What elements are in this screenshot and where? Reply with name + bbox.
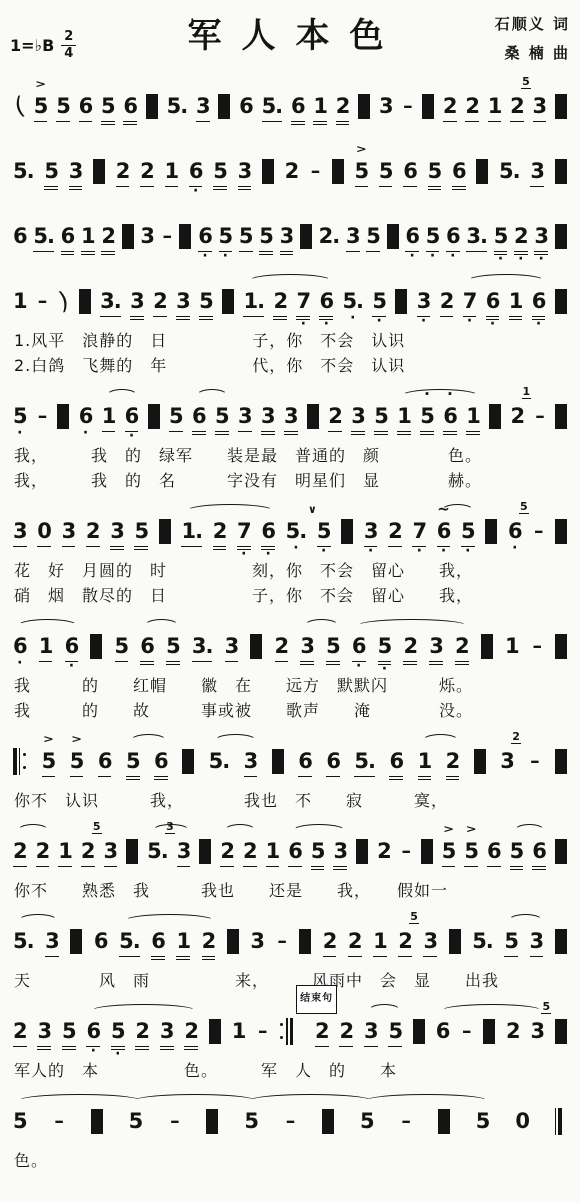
note: 2 bbox=[140, 143, 154, 197]
note: 3 bbox=[13, 503, 27, 557]
duration-dash: – bbox=[528, 733, 540, 787]
octave-dot-below: · bbox=[536, 322, 541, 327]
octave-dot-below: · bbox=[350, 316, 355, 321]
note: 35. bbox=[147, 823, 168, 877]
note: 5· bbox=[13, 388, 27, 442]
octave-dot-below: · bbox=[241, 552, 246, 557]
note: 3 bbox=[261, 388, 275, 442]
notes-row: (>556565.365.6123–221523 bbox=[6, 76, 574, 132]
grace-note: 5 bbox=[409, 910, 419, 924]
notes-row: 6·16·5653.32356·5·2321– bbox=[6, 616, 574, 672]
barline bbox=[555, 388, 567, 442]
note: 2 bbox=[506, 1003, 520, 1057]
note: >5 bbox=[464, 823, 478, 877]
octave-dot-below: · bbox=[356, 664, 361, 669]
note: 6· bbox=[13, 618, 27, 672]
note: 2 bbox=[220, 823, 234, 877]
note: 5 bbox=[360, 1093, 374, 1147]
note: 52 bbox=[510, 78, 524, 132]
music-system-12: 5–5–5–5–50色。 bbox=[6, 1091, 574, 1172]
lyric-line: 我， 我 的 名 字没有 明星们 显 赫。 bbox=[6, 467, 574, 492]
note: 56· bbox=[508, 503, 522, 557]
note: 5· bbox=[219, 208, 233, 262]
duration-dash: – bbox=[36, 273, 48, 327]
note: 5· bbox=[111, 1003, 125, 1057]
note: 3 bbox=[300, 618, 314, 672]
note: 52 bbox=[398, 913, 412, 967]
accent-mark: > bbox=[71, 734, 82, 746]
note: 5. bbox=[354, 733, 375, 787]
note: 5 bbox=[476, 1093, 490, 1147]
music-system-1: (>556565.365.6123–221523 bbox=[6, 76, 574, 132]
lyric-line: 我 的 红帽 徽 在 远方 默默闪 烁。 bbox=[6, 672, 574, 697]
note: 3 bbox=[37, 1003, 51, 1057]
duration-dash: – bbox=[276, 913, 288, 967]
barline bbox=[222, 273, 234, 327]
music-system-2: 5.532216·532–>556565.3 bbox=[6, 141, 574, 197]
note: 6 bbox=[98, 733, 112, 787]
octave-dot-below: · bbox=[321, 549, 326, 554]
grace-note: 5 bbox=[92, 820, 102, 834]
lyric-line: 天 风 雨 来， 风雨中 会 显 出我 bbox=[6, 967, 574, 992]
note: 3 bbox=[429, 618, 443, 672]
note: 2 bbox=[116, 143, 130, 197]
duration-dash: – bbox=[53, 1093, 65, 1147]
note: 6· bbox=[319, 273, 333, 327]
note: 6 bbox=[61, 208, 75, 262]
duration-dash: – bbox=[161, 208, 173, 262]
duration-dash: – bbox=[534, 388, 546, 442]
barline bbox=[262, 143, 274, 197]
note: 6· bbox=[198, 208, 212, 262]
octave-dot-below: · bbox=[265, 552, 270, 557]
barline bbox=[146, 78, 158, 132]
note: 3 bbox=[379, 78, 393, 132]
note: 5 bbox=[326, 618, 340, 672]
barline bbox=[395, 273, 407, 327]
repeat-end-barline bbox=[279, 1003, 293, 1057]
note: >5 bbox=[34, 78, 48, 132]
music-system-8: >5>56565.3665.61223–你不 认识 我， 我也 不 寂 寞， bbox=[6, 731, 574, 812]
note: 2 bbox=[455, 618, 469, 672]
sheet-music: 1=♭B 2 4 军人本色 石顺义 词 桑 楠 曲 (>556565.365.6… bbox=[0, 0, 580, 1172]
music-system-7: 6·16·5653.32356·5·2321–我 的 红帽 徽 在 远方 默默闪… bbox=[6, 616, 574, 722]
barline bbox=[489, 388, 501, 442]
note: 3 bbox=[177, 823, 191, 877]
octave-dot-below: · bbox=[512, 546, 517, 551]
octave-dot-below: · bbox=[17, 661, 22, 666]
note: 1 bbox=[466, 388, 480, 442]
note: 6· bbox=[446, 208, 460, 262]
duration-dash: – bbox=[531, 618, 543, 672]
note: 3 bbox=[244, 733, 258, 787]
accent-mark: > bbox=[356, 144, 367, 156]
duration-dash: – bbox=[36, 388, 48, 442]
barline bbox=[70, 913, 82, 967]
lyric-line: 1.风平 浪静的 日 子，你 不会 认识 bbox=[6, 327, 574, 352]
barline bbox=[358, 78, 370, 132]
note: 6· bbox=[189, 143, 203, 197]
duration-dash: – bbox=[256, 1003, 268, 1057]
note: 2 bbox=[243, 823, 257, 877]
note: 3 bbox=[530, 913, 544, 967]
note: 3 bbox=[238, 143, 252, 197]
barline bbox=[199, 823, 211, 877]
note: >5 bbox=[42, 733, 56, 787]
octave-dot-below: · bbox=[115, 1052, 120, 1057]
octave-dot-below: · bbox=[368, 549, 373, 554]
octave-dot-below: · bbox=[417, 549, 422, 554]
barline bbox=[90, 618, 102, 672]
note: 5 bbox=[239, 208, 253, 262]
barline bbox=[555, 823, 567, 877]
note: 5 bbox=[215, 388, 229, 442]
note: 2 bbox=[315, 1003, 329, 1057]
barline bbox=[250, 618, 262, 672]
note: 5· bbox=[378, 618, 392, 672]
final-barline bbox=[555, 1093, 567, 1147]
notes-row: 3032351.27·6·5.·∨5·3·27·~6·5·56·– bbox=[6, 501, 574, 557]
barline bbox=[413, 1003, 425, 1057]
music-system-5: 5·–6·16·5653332351·5·6112–我， 我 的 绿军 装是最 … bbox=[6, 386, 574, 492]
note: 2 bbox=[36, 823, 50, 877]
octave-dot-above: · bbox=[424, 389, 430, 399]
lyric-line: 我 的 故 事或被 歌声 淹 没。 bbox=[6, 697, 574, 722]
note: 2 bbox=[403, 618, 417, 672]
note: 5. bbox=[499, 143, 520, 197]
mordent-mark: ~ bbox=[437, 500, 450, 518]
note: 3 bbox=[45, 913, 59, 967]
note: 3 bbox=[533, 78, 547, 132]
accent-mark: > bbox=[43, 734, 54, 746]
lyric-line: 2.白鸽 飞舞的 年 代，你 不会 认识 bbox=[6, 352, 574, 377]
lyricist-credit: 石顺义 词 bbox=[495, 10, 570, 39]
note: 5. bbox=[119, 913, 140, 967]
note: 3. bbox=[100, 273, 121, 327]
note: 5 bbox=[129, 1093, 143, 1147]
note: 1 bbox=[418, 733, 432, 787]
octave-dot-below: · bbox=[83, 431, 88, 436]
note: 6 bbox=[79, 78, 93, 132]
note: 2 bbox=[348, 913, 362, 967]
octave-dot-below: · bbox=[223, 254, 228, 259]
barline bbox=[438, 1093, 450, 1147]
notes-row: 2356·5·2321–结束句22356–253 bbox=[6, 1001, 574, 1057]
barline bbox=[227, 913, 239, 967]
note: 5 bbox=[374, 388, 388, 442]
note: 3 bbox=[250, 913, 264, 967]
key-signature: 1=♭B bbox=[10, 36, 54, 55]
lyric-line: 色。 bbox=[6, 1147, 574, 1172]
note: 5 bbox=[366, 208, 380, 262]
notes-row: 22152335.32216532–>5>5656 bbox=[6, 821, 574, 877]
duration-dash: – bbox=[460, 1003, 472, 1057]
note: 5 bbox=[388, 1003, 402, 1057]
note: 5 bbox=[101, 78, 115, 132]
note: 5 bbox=[166, 618, 180, 672]
phrase-close-paren: ) bbox=[57, 273, 69, 327]
note: 2 bbox=[135, 1003, 149, 1057]
note: 6 bbox=[140, 618, 154, 672]
note: 2 bbox=[13, 1003, 27, 1057]
note: 1 bbox=[81, 208, 95, 262]
phrase-open-paren: ( bbox=[13, 78, 25, 132]
note: 52 bbox=[81, 823, 95, 877]
note: ·5 bbox=[420, 388, 434, 442]
note: 5.· bbox=[286, 503, 307, 557]
accent-mark: > bbox=[443, 824, 454, 836]
grace-note: 5 bbox=[521, 75, 531, 89]
note: 1 bbox=[102, 388, 116, 442]
header: 1=♭B 2 4 军人本色 石顺义 词 桑 楠 曲 bbox=[2, 4, 578, 67]
notes-row: 5–5–5–5–50 bbox=[6, 1091, 574, 1147]
note: 2. bbox=[319, 208, 340, 262]
barline bbox=[322, 1093, 334, 1147]
note: 3 bbox=[225, 618, 239, 672]
note: 3 bbox=[62, 503, 76, 557]
note: 6 bbox=[151, 913, 165, 967]
note: 5 bbox=[510, 823, 524, 877]
barline bbox=[272, 733, 284, 787]
music-system-4: 1–)3.32351.27·6·5.·5·3·27·6·16·1.风平 浪静的 … bbox=[6, 271, 574, 377]
note: 2 bbox=[388, 503, 402, 557]
note: 3 bbox=[110, 503, 124, 557]
grace-note: 3 bbox=[165, 820, 175, 834]
note: 5 bbox=[169, 388, 183, 442]
note: 3· bbox=[417, 273, 431, 327]
note: 2 bbox=[13, 823, 27, 877]
note: 5 bbox=[13, 1093, 27, 1147]
note: 6 bbox=[239, 78, 253, 132]
note: 6· bbox=[352, 618, 366, 672]
barline bbox=[476, 143, 488, 197]
note: 1 bbox=[13, 273, 27, 327]
note: 12 bbox=[511, 388, 525, 442]
note: 23 bbox=[500, 733, 514, 787]
note: ~6· bbox=[437, 503, 451, 557]
barline bbox=[332, 143, 344, 197]
note: >5 bbox=[70, 733, 84, 787]
barline bbox=[555, 733, 567, 787]
note: 5 bbox=[199, 273, 213, 327]
note: 3 bbox=[104, 823, 118, 877]
octave-dot-below: · bbox=[129, 434, 134, 439]
note: 6 bbox=[436, 1003, 450, 1057]
note: 1 bbox=[39, 618, 53, 672]
note: 2 bbox=[275, 618, 289, 672]
duration-dash: – bbox=[532, 503, 544, 557]
notes-row: 5.532216·532–>556565.3 bbox=[6, 141, 574, 197]
octave-dot-below: · bbox=[17, 431, 22, 436]
note: 6 bbox=[123, 78, 137, 132]
note: 2 bbox=[285, 143, 299, 197]
barline bbox=[555, 143, 567, 197]
accent-mark: > bbox=[466, 824, 477, 836]
note: 6 bbox=[532, 823, 546, 877]
note: 3 bbox=[364, 1003, 378, 1057]
barline bbox=[93, 143, 105, 197]
grace-note: 5 bbox=[541, 1000, 551, 1014]
lyric-line: 花 好 月圆的 时 刻，你 不会 留心 我， bbox=[6, 557, 574, 582]
note: 7· bbox=[412, 503, 426, 557]
note: 2 bbox=[184, 1003, 198, 1057]
note: 5. bbox=[209, 733, 230, 787]
barline bbox=[79, 273, 91, 327]
note: 3 bbox=[346, 208, 360, 262]
barline bbox=[179, 208, 191, 262]
note: 5 bbox=[379, 143, 393, 197]
time-signature: 2 4 bbox=[61, 30, 76, 60]
note: 6· bbox=[486, 273, 500, 327]
note: 1 bbox=[58, 823, 72, 877]
octave-dot-below: · bbox=[301, 322, 306, 327]
octave-dot-below: · bbox=[377, 319, 382, 324]
note: 6· bbox=[86, 1003, 100, 1057]
note: 6 bbox=[326, 733, 340, 787]
grace-note: 1 bbox=[522, 385, 532, 399]
octave-dot-below: · bbox=[324, 322, 329, 327]
barline bbox=[341, 503, 353, 557]
note: 5 bbox=[134, 503, 148, 557]
note: 1 bbox=[266, 823, 280, 877]
note: 2 bbox=[443, 78, 457, 132]
barline bbox=[300, 208, 312, 262]
note: 3 bbox=[160, 1003, 174, 1057]
lyric-line: 我， 我 的 绿军 装是最 普通的 颜 色。 bbox=[6, 442, 574, 467]
duration-dash: – bbox=[309, 143, 321, 197]
barline bbox=[356, 823, 368, 877]
music-system-11: 2356·5·2321–结束句22356–253军人的 本 色。 军 人 的 本 bbox=[6, 1001, 574, 1082]
barline bbox=[422, 78, 434, 132]
note: 6 bbox=[291, 78, 305, 132]
time-signature-denominator: 4 bbox=[64, 46, 73, 61]
note: 5· bbox=[494, 208, 508, 262]
note: 6 bbox=[487, 823, 501, 877]
note: 5· bbox=[372, 273, 386, 327]
music-system-6: 3032351.27·6·5.·∨5·3·27·~6·5·56·–花 好 月圆的… bbox=[6, 501, 574, 607]
note: 5. bbox=[472, 913, 493, 967]
note: 2 bbox=[440, 273, 454, 327]
lyric-line: 你不 认识 我， 我也 不 寂 寞， bbox=[6, 787, 574, 812]
note: 5 bbox=[44, 143, 58, 197]
duration-dash: – bbox=[400, 823, 412, 877]
time-signature-numerator: 2 bbox=[61, 30, 76, 46]
octave-dot-below: · bbox=[539, 257, 544, 262]
note: 2 bbox=[202, 913, 216, 967]
note: 2 bbox=[339, 1003, 353, 1057]
barline bbox=[57, 388, 69, 442]
note: 6 bbox=[192, 388, 206, 442]
barline bbox=[122, 208, 134, 262]
octave-dot-below: · bbox=[69, 664, 74, 669]
lyric-line: 你不 熟悉 我 我也 还是 我， 假如一 bbox=[6, 877, 574, 902]
octave-dot-below: · bbox=[465, 549, 470, 554]
barline bbox=[555, 273, 567, 327]
note: 6· bbox=[125, 388, 139, 442]
note: 3. bbox=[192, 618, 213, 672]
note: 3 bbox=[280, 208, 294, 262]
note: ∨5· bbox=[317, 503, 331, 557]
barline bbox=[91, 1093, 103, 1147]
notes-row: 5·–6·16·5653332351·5·6112– bbox=[6, 386, 574, 442]
note: 2 bbox=[465, 78, 479, 132]
accent-mark: > bbox=[35, 79, 46, 91]
octave-dot-below: · bbox=[193, 189, 198, 194]
note: 5. bbox=[167, 78, 188, 132]
barline bbox=[307, 388, 319, 442]
octave-dot-below: · bbox=[91, 1049, 96, 1054]
note: 1 bbox=[397, 388, 411, 442]
barline bbox=[555, 913, 567, 967]
note: 2 bbox=[377, 823, 391, 877]
barline bbox=[555, 78, 567, 132]
note: 6 bbox=[13, 208, 27, 262]
note: 6· bbox=[65, 618, 79, 672]
octave-dot-below: · bbox=[490, 322, 495, 327]
note: 5. bbox=[262, 78, 283, 132]
notes-row: 1–)3.32351.27·6·5.·5·3·27·6·16· bbox=[6, 271, 574, 327]
notation-area: (>556565.365.6123–2215235.532216·532–>55… bbox=[2, 76, 578, 1172]
barline bbox=[449, 913, 461, 967]
note: 5 bbox=[126, 733, 140, 787]
barline bbox=[421, 823, 433, 877]
note: 5 bbox=[62, 1003, 76, 1057]
note: 3 bbox=[176, 273, 190, 327]
music-system-3: 65.6123–6·5·5532.356·5·6·3.5·2·3· bbox=[6, 206, 574, 262]
note: 7· bbox=[237, 503, 251, 557]
note: 5· bbox=[426, 208, 440, 262]
barline bbox=[555, 503, 567, 557]
note: 3· bbox=[364, 503, 378, 557]
barline bbox=[483, 1003, 495, 1057]
note: 0 bbox=[515, 1093, 529, 1147]
note: 5. bbox=[13, 913, 34, 967]
note: 2 bbox=[273, 273, 287, 327]
barline bbox=[555, 208, 567, 262]
note: 1 bbox=[232, 1003, 246, 1057]
note: 0 bbox=[37, 503, 51, 557]
note: 5· bbox=[461, 503, 475, 557]
barline bbox=[474, 733, 486, 787]
note: 5 bbox=[213, 143, 227, 197]
repeat-start-barline bbox=[13, 733, 27, 787]
note: 2 bbox=[101, 208, 115, 262]
composer-credit: 桑 楠 曲 bbox=[495, 39, 570, 68]
note: 2· bbox=[514, 208, 528, 262]
note: 5 bbox=[259, 208, 273, 262]
note: 53 bbox=[530, 1003, 544, 1057]
note: 1 bbox=[313, 78, 327, 132]
note: 6· bbox=[405, 208, 419, 262]
notes-row: >5>56565.3665.61223– bbox=[6, 731, 574, 787]
breath-mark: ∨ bbox=[308, 503, 317, 516]
note: 5 bbox=[504, 913, 518, 967]
note: 6· bbox=[261, 503, 275, 557]
note: 5 bbox=[115, 618, 129, 672]
note: 3. bbox=[466, 208, 487, 262]
note: 2 bbox=[153, 273, 167, 327]
barline bbox=[387, 208, 399, 262]
octave-dot-below: · bbox=[450, 254, 455, 259]
notes-row: 65.6123–6·5·5532.356·5·6·3.5·2·3· bbox=[6, 206, 574, 262]
barline bbox=[159, 503, 171, 557]
duration-dash: – bbox=[168, 1093, 180, 1147]
octave-dot-below: · bbox=[467, 319, 472, 324]
note: >5 bbox=[355, 143, 369, 197]
note: 1 bbox=[176, 913, 190, 967]
note: 1. bbox=[181, 503, 202, 557]
note: 3 bbox=[140, 208, 154, 262]
